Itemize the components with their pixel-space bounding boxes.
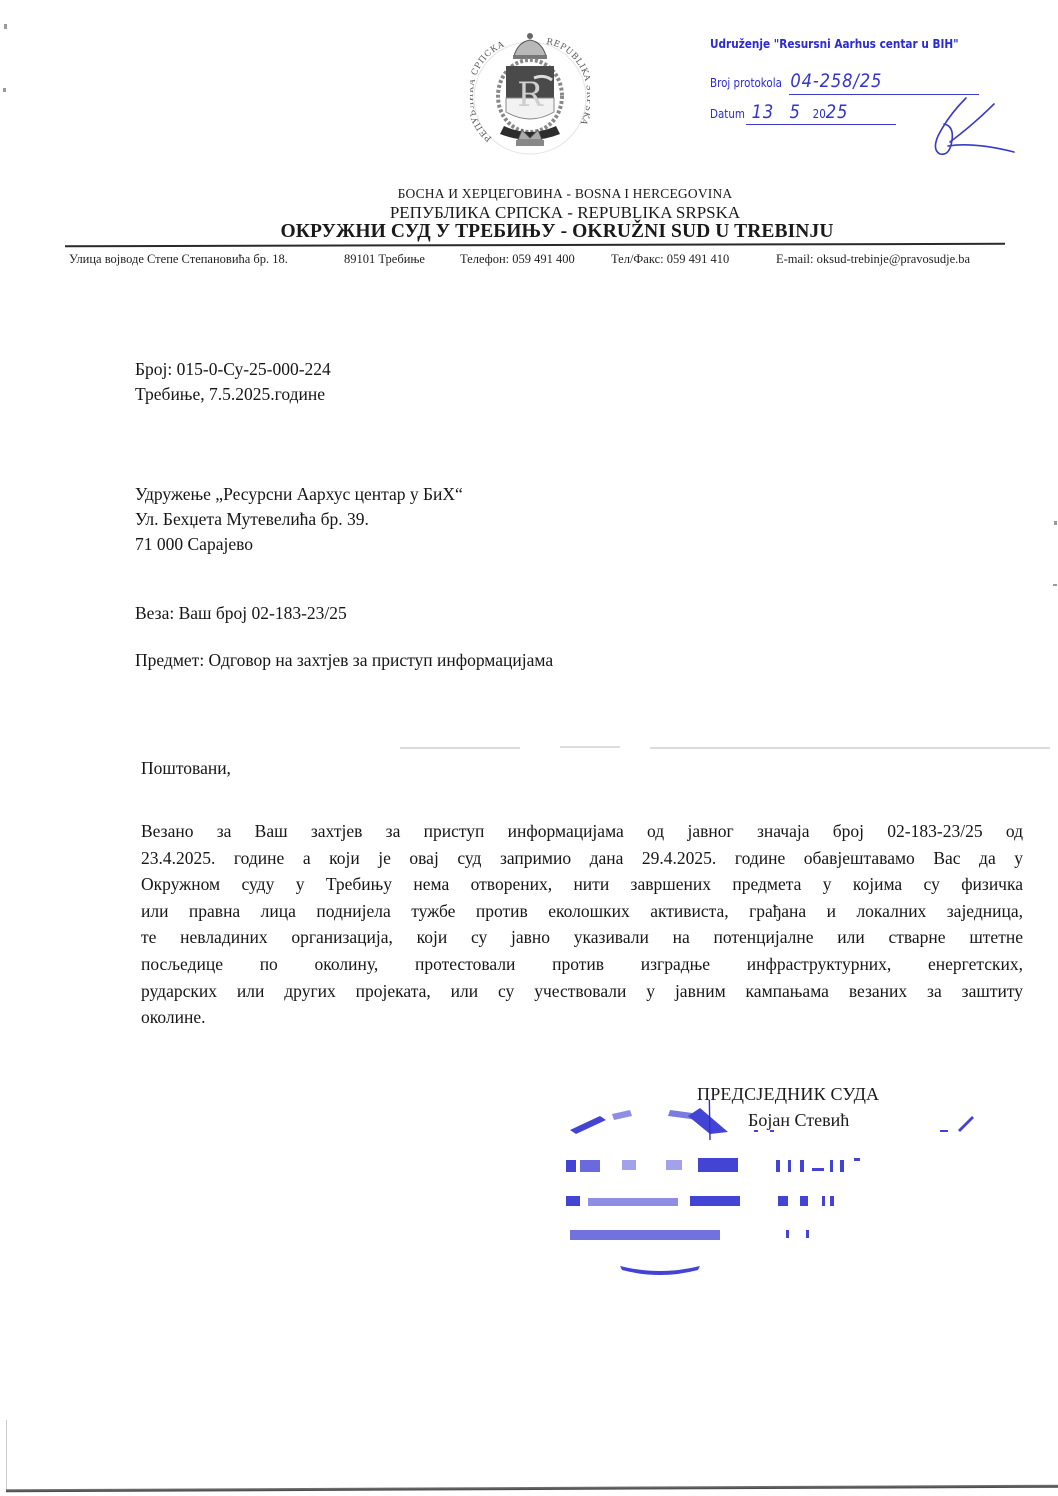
body-line: или правна лица поднијела тужбе против е… <box>141 898 1023 925</box>
protocol-number-handwritten: 04-258/25 <box>790 70 882 92</box>
svg-text:R: R <box>517 75 544 115</box>
reference-number: Број: 015-0-Су-25-000-224 <box>135 359 331 380</box>
scan-speck <box>1053 584 1057 586</box>
letter-subject: Предмет: Одговор на захтјев за приступ и… <box>135 650 553 671</box>
letterhead-court-name: ОКРУЖНИ СУД У ТРЕБИЊУ - OKRUŽNI SUD U TR… <box>0 221 1058 243</box>
letterhead-country: БОСНА И ХЕРЦЕГОВИНА - BOSNA I HERCEGOVIN… <box>0 186 1058 202</box>
letter-body: Везано за Ваш захтјев за приступ информа… <box>141 818 1023 1031</box>
received-stamp: Udruženje "Resursni Aarhus centar u BIH"… <box>710 36 1006 51</box>
scan-speck <box>1054 521 1057 525</box>
signatory-title: ПРЕДСЈЕДНИК СУДА <box>697 1084 879 1105</box>
handwritten-signature-icon <box>914 96 1024 158</box>
court-phone: Телефон: 059 491 400 <box>460 252 575 267</box>
scan-artifact-line <box>650 747 1050 749</box>
letterhead-entity: РЕПУБЛИКА СРПСКА - REPUBLIKA SRPSKA <box>0 203 1058 223</box>
date-row: Datum 13 5 2025 <box>710 101 848 123</box>
page-edge-left <box>6 1420 7 1490</box>
scan-artifact-line <box>400 747 520 749</box>
date-year-handwritten: 25 <box>826 101 849 123</box>
reference-link: Веза: Ваш број 02-183-23/25 <box>135 603 347 624</box>
scan-speck <box>3 88 6 92</box>
protocol-underline <box>789 94 979 95</box>
place-and-date: Требиње, 7.5.2025.године <box>135 384 325 405</box>
republika-srpska-crest-icon: РЕПУБЛИКА СРПСКА REPUBLIKA SRPSKA R <box>470 26 590 166</box>
body-line: Везано за Ваш захтјев за приступ информа… <box>141 818 1023 845</box>
body-line: околине. <box>141 1004 1023 1031</box>
date-label: Datum <box>710 107 745 121</box>
date-month-handwritten: 5 <box>789 101 800 123</box>
recipient-name: Удружење „Ресурсни Аархус центар у БиХ“ <box>135 484 463 505</box>
court-city: 89101 Требиње <box>344 252 425 267</box>
body-line: 23.4.2025. године а који је овај суд зап… <box>141 845 1023 872</box>
recipient-city: 71 000 Сарајево <box>135 534 253 555</box>
body-line: Окружном суду у Требињу нема отворених, … <box>141 871 1023 898</box>
protocol-label: Broj protokola <box>710 76 782 90</box>
svg-text:РЕПУБЛИКА СРПСКА: РЕПУБЛИКА СРПСКА <box>470 40 506 144</box>
date-underline <box>746 124 896 125</box>
date-year-prefix: 20 <box>813 107 826 121</box>
scan-speck <box>4 24 7 29</box>
court-fax: Тел/Факс: 059 491 410 <box>611 252 729 267</box>
letterhead-divider <box>65 243 1005 247</box>
date-day-handwritten: 13 <box>752 101 775 123</box>
protocol-number-row: Broj protokola 04-258/25 <box>710 70 882 92</box>
body-line: посљедице по околину, протестовали проти… <box>141 951 1023 978</box>
salutation: Поштовани, <box>141 758 231 779</box>
body-line: рударских или других пројеката, или су у… <box>141 978 1023 1005</box>
scan-artifact-line <box>560 746 620 748</box>
court-address: Улица војводе Степе Степановића бр. 18. <box>69 252 288 267</box>
scanned-letter-page: РЕПУБЛИКА СРПСКА REPUBLIKA SRPSKA R Udru… <box>0 0 1058 1496</box>
recipient-street: Ул. Бехџета Мутевелића бр. 39. <box>135 509 369 530</box>
received-stamp-organization: Udruženje "Resursni Aarhus centar u BIH" <box>710 36 959 51</box>
court-email: E-mail: oksud-trebinje@pravosudje.ba <box>776 252 970 267</box>
page-edge-bottom <box>6 1485 1058 1493</box>
body-line: те невладиних организација, који су јавн… <box>141 924 1023 951</box>
signatory-name: Бојан Стевић <box>748 1110 849 1131</box>
